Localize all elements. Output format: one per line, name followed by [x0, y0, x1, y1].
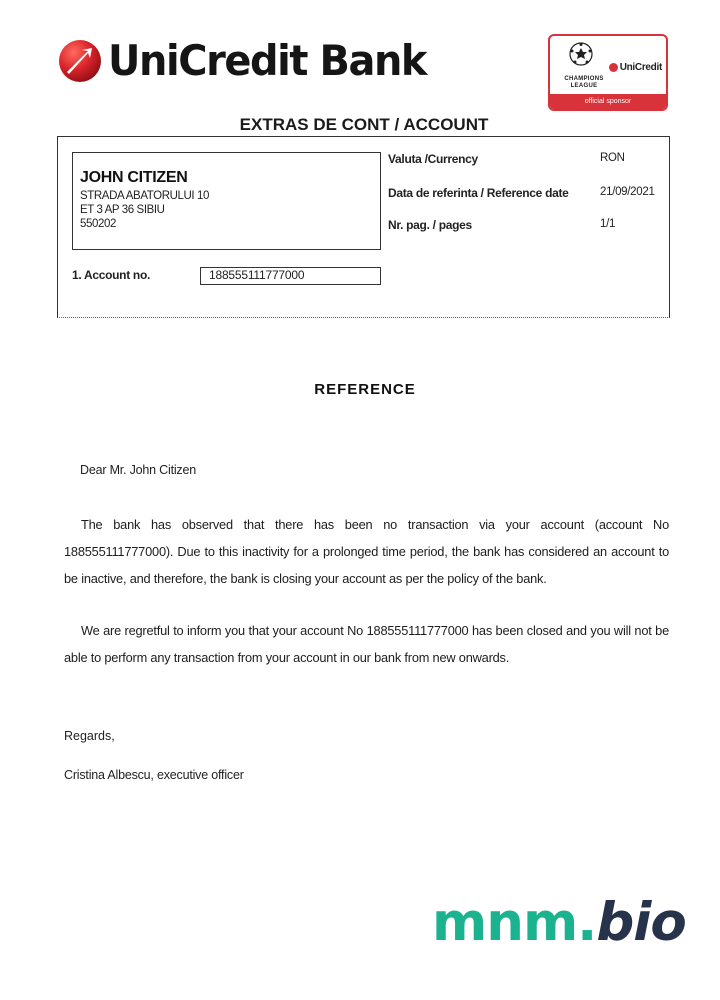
- meta-label: Nr. pag. / pages: [388, 218, 472, 232]
- account-number-value: 188555111777000: [200, 267, 381, 285]
- customer-name: JOHN CITIZEN: [80, 169, 380, 187]
- letter-paragraph: We are regretful to inform you that your…: [64, 617, 669, 671]
- address-line: 550202: [80, 217, 380, 231]
- unicredit-mini-icon: [609, 63, 618, 72]
- closing: Regards,: [64, 729, 115, 743]
- bank-logo: UniCredit Bank: [58, 36, 443, 86]
- meta-currency: Valuta /Currency RON: [388, 152, 478, 166]
- salutation: Dear Mr. John Citizen: [80, 463, 196, 477]
- sponsor-badge: CHAMPIONS LEAGUE UniCredit official spon…: [548, 34, 668, 111]
- sponsor-footer: official sponsor: [550, 94, 666, 109]
- league-line-1: CHAMPIONS: [552, 76, 616, 83]
- league-line-2: LEAGUE: [552, 83, 616, 90]
- address-line: ET 3 AP 36 SIBIU: [80, 203, 380, 217]
- account-number-label: 1. Account no.: [72, 268, 150, 282]
- sponsor-brand: UniCredit: [609, 62, 662, 73]
- meta-value: 21/09/2021: [600, 186, 655, 198]
- letter-paragraph: The bank has observed that there has bee…: [64, 511, 669, 592]
- bank-name: UniCredit Bank: [108, 40, 426, 82]
- meta-value: RON: [600, 152, 625, 164]
- statement-title: EXTRAS DE CONT / ACCOUNT: [0, 115, 720, 135]
- sponsor-brand-text: UniCredit: [620, 62, 662, 73]
- watermark-part-2: bio: [596, 892, 686, 953]
- customer-address-box: JOHN CITIZEN STRADA ABATORULUI 10 ET 3 A…: [72, 152, 381, 250]
- champions-league-wordmark: CHAMPIONS LEAGUE: [552, 76, 616, 90]
- meta-label: Valuta /Currency: [388, 152, 478, 166]
- signature: Cristina Albescu, executive officer: [64, 768, 244, 782]
- starball-icon: [568, 41, 594, 67]
- address-line: STRADA ABATORULUI 10: [80, 189, 380, 203]
- watermark-part-1: mnm.: [432, 892, 596, 953]
- watermark-logo: mnm.bio: [432, 896, 686, 949]
- meta-label: Data de referinta / Reference date: [388, 186, 569, 200]
- meta-value: 1/1: [600, 218, 615, 230]
- meta-pages: Nr. pag. / pages 1/1: [388, 218, 472, 232]
- letter-heading: REFERENCE: [0, 381, 720, 398]
- unicredit-logo-icon: [58, 39, 102, 83]
- meta-reference-date: Data de referinta / Reference date 21/09…: [388, 186, 569, 200]
